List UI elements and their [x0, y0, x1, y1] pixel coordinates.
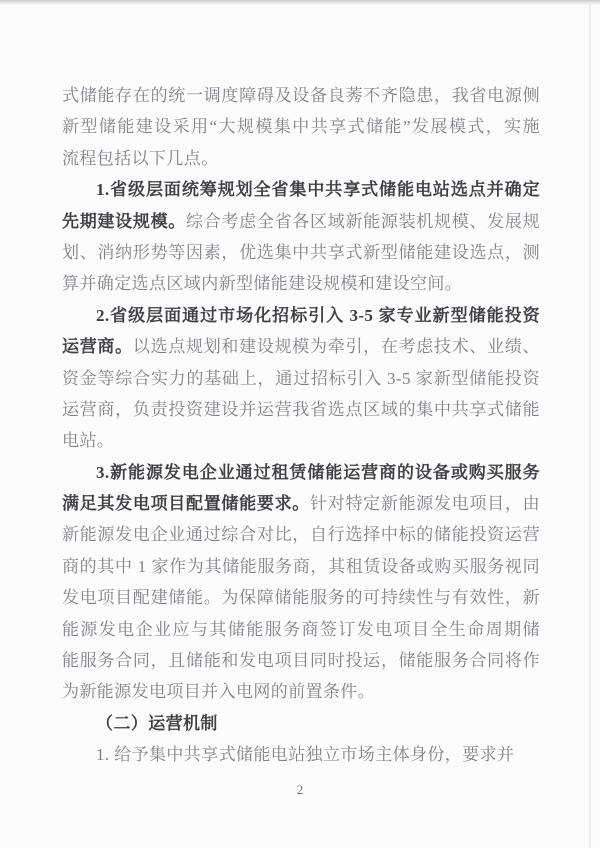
bold-text-segment: 先期建设规模。 [62, 212, 186, 231]
body-text-segment: 发电项目配建储能。为保障储能服务的可持续性与有效性，新 [62, 588, 540, 607]
text-line: 满足其发电项目配置储能要求。针对特定新能源发电项目，由 [62, 488, 540, 519]
body-text-segment: 能源发电企业应与其储能服务商签订发电项目全生命周期储 [62, 620, 540, 639]
text-line: （二）运营机制 [62, 708, 540, 739]
text-line: 能源发电企业应与其储能服务商签订发电项目全生命周期储 [62, 614, 540, 645]
bold-text-segment: （二）运营机制 [96, 714, 218, 733]
bold-text-segment: 2.省级层面通过市场化招标引入 3-5 家专业新型储能投资 [96, 306, 540, 325]
body-text-segment: 能服务合同，且储能和发电项目同时投运，储能服务合同将作 [62, 651, 540, 670]
text-line: 电站。 [62, 425, 540, 456]
text-line: 商的其中 1 家作为其储能服务商，其租赁设备或购买服务视同 [62, 551, 540, 582]
text-line: 式储能存在的统一调度障碍及设备良莠不齐隐患，我省电源侧 [62, 80, 540, 111]
body-text-segment: 算并确定选点区域内新型储能建设规模和建设空间。 [62, 274, 462, 293]
text-line: 流程包括以下几点。 [62, 143, 540, 174]
body-text-segment: 以选点规划和建设规模为牵引，在考虑技术、业绩、 [133, 337, 540, 356]
body-text-segment: 综合考虑全省各区域新能源装机规模、发展规 [186, 212, 540, 231]
document-body: 式储能存在的统一调度障碍及设备良莠不齐隐患，我省电源侧新型储能建设采用“大规模集… [62, 80, 540, 771]
body-text-segment: 新能源发电企业通过综合对比，自行选择中标的储能投资运营 [62, 525, 540, 544]
scanned-document-page: 式储能存在的统一调度障碍及设备良莠不齐隐患，我省电源侧新型储能建设采用“大规模集… [0, 0, 600, 848]
body-text-segment: 新型储能建设采用“大规模集中共享式储能”发展模式，实施 [62, 117, 540, 136]
bold-text-segment: 运营商。 [62, 337, 133, 356]
body-text-segment: 1. 给予集中共享式储能电站独立市场主体身份，要求并 [96, 745, 514, 764]
page-number: 2 [0, 782, 600, 798]
scan-top-edge-artifact [0, 0, 600, 5]
text-line: 为新能源发电项目并入电网的前置条件。 [62, 676, 540, 707]
body-text-segment: 资金等综合实力的基础上，通过招标引入 3-5 家新型储能投资 [62, 369, 540, 388]
body-text-segment: 电站。 [62, 431, 114, 450]
text-line: 2.省级层面通过市场化招标引入 3-5 家专业新型储能投资 [62, 300, 540, 331]
text-line: 发电项目配建储能。为保障储能服务的可持续性与有效性，新 [62, 582, 540, 613]
body-text-segment: 商的其中 1 家作为其储能服务商，其租赁设备或购买服务视同 [62, 557, 540, 576]
text-line: 新型储能建设采用“大规模集中共享式储能”发展模式，实施 [62, 111, 540, 142]
scan-right-edge-artifact [589, 2, 591, 848]
text-line: 资金等综合实力的基础上，通过招标引入 3-5 家新型储能投资 [62, 363, 540, 394]
text-line: 先期建设规模。综合考虑全省各区域新能源装机规模、发展规 [62, 206, 540, 237]
bold-text-segment: 满足其发电项目配置储能要求。 [62, 494, 310, 513]
body-text-segment: 划、消纳形势等因素，优选集中共享式新型储能建设选点，测 [62, 243, 540, 262]
text-line: 划、消纳形势等因素，优选集中共享式新型储能建设选点，测 [62, 237, 540, 268]
body-text-segment: 针对特定新能源发电项目，由 [310, 494, 540, 513]
text-line: 1. 给予集中共享式储能电站独立市场主体身份，要求并 [62, 739, 540, 770]
text-line: 1.省级层面统筹规划全省集中共享式储能电站选点并确定 [62, 174, 540, 205]
body-text-segment: 为新能源发电项目并入电网的前置条件。 [62, 682, 375, 701]
bold-text-segment: 1.省级层面统筹规划全省集中共享式储能电站选点并确定 [96, 180, 540, 199]
text-line: 能服务合同，且储能和发电项目同时投运，储能服务合同将作 [62, 645, 540, 676]
text-line: 运营商，负责投资建设并运营我省选点区域的集中共享式储能 [62, 394, 540, 425]
body-text-segment: 式储能存在的统一调度障碍及设备良莠不齐隐患，我省电源侧 [62, 86, 540, 105]
body-text-segment: 流程包括以下几点。 [62, 149, 219, 168]
text-line: 3.新能源发电企业通过租赁储能运营商的设备或购买服务 [62, 457, 540, 488]
bold-text-segment: 3.新能源发电企业通过租赁储能运营商的设备或购买服务 [96, 463, 540, 482]
text-line: 新能源发电企业通过综合对比，自行选择中标的储能投资运营 [62, 519, 540, 550]
text-line: 运营商。以选点规划和建设规模为牵引，在考虑技术、业绩、 [62, 331, 540, 362]
text-line: 算并确定选点区域内新型储能建设规模和建设空间。 [62, 268, 540, 299]
body-text-segment: 运营商，负责投资建设并运营我省选点区域的集中共享式储能 [62, 400, 540, 419]
